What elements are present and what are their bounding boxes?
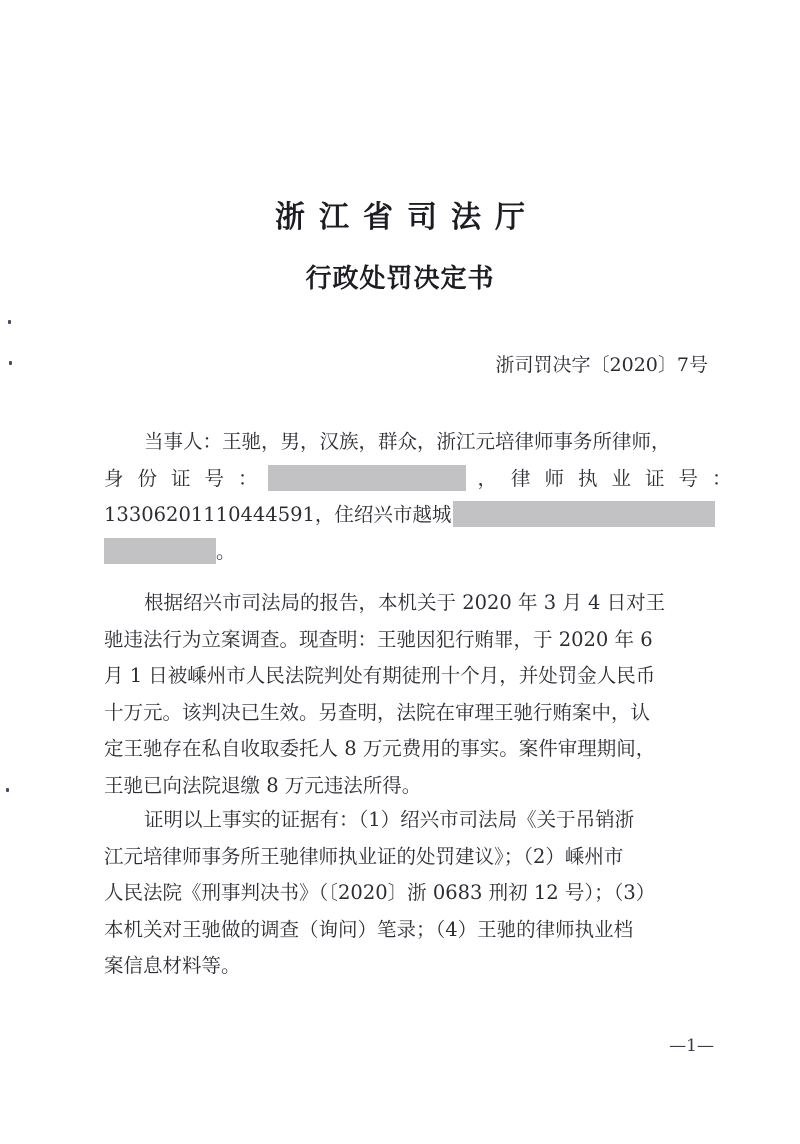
evidence-paragraph: 证明以上事实的证据有：（1）绍兴市司法局《关于吊销浙 江元培律师事务所王驰律师执… bbox=[104, 802, 716, 985]
evidence-line: 人民法院《刑事判决书》（〔2020〕浙 0683 刑初 12 号）；（3） bbox=[104, 875, 716, 912]
party-line-2: 身份证号：，律师执业证号： bbox=[104, 461, 716, 498]
document-type-title: 行政处罚决定书 bbox=[0, 258, 800, 295]
party-line-1: 当事人：王驰，男，汉族，群众，浙江元培律师事务所律师， bbox=[104, 424, 716, 461]
redacted-id-number bbox=[268, 465, 466, 491]
evidence-line: 江元培律师事务所王驰律师执业证的处罚建议》；（2）嵊州市 bbox=[104, 839, 716, 876]
scan-speck bbox=[9, 361, 12, 365]
evidence-line: 案信息材料等。 bbox=[104, 948, 716, 985]
facts-paragraph: 根据绍兴市司法局的报告，本机关于 2020 年 3 月 4 日对王 驰违法行为立… bbox=[104, 585, 716, 804]
party-info: 当事人：王驰，男，汉族，群众，浙江元培律师事务所律师， bbox=[144, 430, 671, 453]
address-prefix: ，住绍兴市越城 bbox=[315, 503, 452, 526]
party-paragraph: 当事人：王驰，男，汉族，群众，浙江元培律师事务所律师， 身份证号：，律师执业证号… bbox=[104, 424, 716, 570]
facts-line: 驰违法行为立案调查。现查明：王驰因犯行贿罪，于 2020 年 6 bbox=[104, 622, 716, 659]
scan-speck bbox=[8, 320, 11, 324]
party-line-3: 13306201110444591，住绍兴市越城 bbox=[104, 497, 716, 534]
facts-line: 根据绍兴市司法局的报告，本机关于 2020 年 3 月 4 日对王 bbox=[104, 585, 716, 622]
party-line-4: 。 bbox=[104, 534, 716, 571]
facts-line: 十万元。该判决已生效。另查明，法院在审理王驰行贿案中，认 bbox=[104, 695, 716, 732]
evidence-line: 证明以上事实的证据有：（1）绍兴市司法局《关于吊销浙 bbox=[104, 802, 716, 839]
scan-speck bbox=[6, 788, 9, 792]
facts-line: 月 1 日被嵊州市人民法院判处有期徒刑十个月，并处罚金人民币 bbox=[104, 658, 716, 695]
license-number: 13306201110444591 bbox=[104, 503, 315, 526]
redacted-address bbox=[453, 501, 715, 527]
facts-line: 王驰已向法院退缴 8 万元违法所得。 bbox=[104, 768, 716, 805]
license-label: ，律师执业证号： bbox=[478, 467, 746, 490]
redacted-address-cont bbox=[104, 538, 216, 564]
evidence-line: 本机关对王驰做的调查（询问）笔录；（4）王驰的律师执业档 bbox=[104, 912, 716, 949]
page-number: —1— bbox=[669, 1036, 714, 1056]
issuer-title: 浙江省司法厅 bbox=[0, 192, 800, 236]
evidence-text: 证明以上事实的证据有：（1）绍兴市司法局《关于吊销浙 bbox=[144, 808, 634, 831]
facts-text: 根据绍兴市司法局的报告，本机关于 2020 年 3 月 4 日对王 bbox=[144, 591, 665, 614]
end-mark: 。 bbox=[216, 540, 236, 563]
document-page: 浙江省司法厅 行政处罚决定书 浙司罚决字〔2020〕7号 当事人：王驰，男，汉族… bbox=[0, 0, 800, 1144]
id-label: 身份证号： bbox=[104, 467, 272, 490]
facts-line: 定王驰存在私自收取委托人 8 万元费用的事实。案件审理期间， bbox=[104, 731, 716, 768]
document-number: 浙司罚决字〔2020〕7号 bbox=[496, 350, 708, 377]
